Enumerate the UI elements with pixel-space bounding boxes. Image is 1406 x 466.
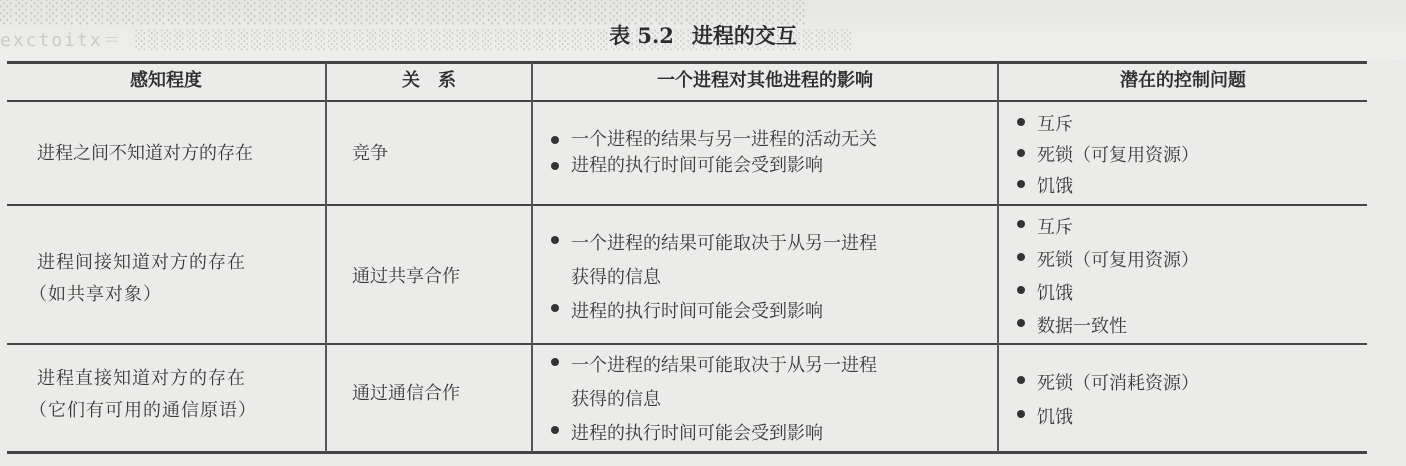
list-item: 进程的执行时间可能会受到影响 <box>547 153 992 179</box>
list-item: 进程的执行时间可能会受到影响 <box>547 417 992 451</box>
table-row-2-influence: 一个进程的结果可能取决于从另一进程 获得的信息 进程的执行时间可能会受到影响 <box>547 227 992 329</box>
row-1-bottom-rule <box>7 204 1367 206</box>
awareness-text: 进程直接知道对方的存在 <box>37 363 322 395</box>
list-item: 饥饿 <box>1013 401 1363 435</box>
table-number: 表 5.2 <box>609 23 674 48</box>
table-row-2-problems: 互斥 死锁（可复用资源） 饥饿 数据一致性 <box>1013 211 1363 343</box>
list-item: 一个进程的结果可能取决于从另一进程 <box>547 349 992 383</box>
header-awareness: 感知程度 <box>7 68 325 94</box>
list-item: 一个进程的结果与另一进程的活动无关 <box>547 127 992 153</box>
column-divider-3 <box>997 63 999 452</box>
row-2-bottom-rule <box>7 343 1367 345</box>
column-divider-2 <box>531 63 533 452</box>
column-divider-1 <box>325 63 327 452</box>
table-row-3-relationship: 通过通信合作 <box>352 381 522 407</box>
table-bottom-rule <box>7 451 1367 454</box>
table-row-3-influence: 一个进程的结果可能取决于从另一进程 获得的信息 进程的执行时间可能会受到影响 <box>547 349 992 451</box>
list-item: 互斥 <box>1013 109 1363 140</box>
table-row-2-relationship: 通过共享合作 <box>352 264 522 290</box>
list-item: 互斥 <box>1013 211 1363 244</box>
table-row-1-relationship: 竞争 <box>352 141 522 167</box>
list-item: 死锁（可复用资源） <box>1013 244 1363 277</box>
table-row-1-influence: 一个进程的结果与另一进程的活动无关 进程的执行时间可能会受到影响 <box>547 127 992 179</box>
table-row-1-awareness: 进程之间不知道对方的存在 <box>37 141 322 167</box>
list-item-continuation: 获得的信息 <box>547 383 992 417</box>
list-item: 饥饿 <box>1013 171 1363 202</box>
header-influence: 一个进程对其他进程的影响 <box>533 68 997 94</box>
awareness-note: （如共享对象） <box>29 279 322 311</box>
header-control-problems: 潜在的控制问题 <box>999 68 1367 94</box>
table-caption: 表 5.2进程的交互 <box>0 20 1406 50</box>
list-item: 死锁（可消耗资源） <box>1013 367 1363 401</box>
table-row-1-problems: 互斥 死锁（可复用资源） 饥饿 <box>1013 109 1363 202</box>
awareness-text: 进程之间不知道对方的存在 <box>37 141 322 167</box>
table-top-rule <box>7 61 1367 64</box>
process-interaction-table: 感知程度 关 系 一个进程对其他进程的影响 潜在的控制问题 进程之间不知道对方的… <box>7 61 1367 454</box>
table-row-3-awareness: 进程直接知道对方的存在 （它们有可用的通信原语） <box>37 363 322 427</box>
header-relationship: 关 系 <box>327 68 531 94</box>
list-item: 死锁（可复用资源） <box>1013 140 1363 171</box>
awareness-text: 进程间接知道对方的存在 <box>37 247 322 279</box>
list-item-continuation: 获得的信息 <box>547 261 992 295</box>
list-item: 一个进程的结果可能取决于从另一进程 <box>547 227 992 261</box>
list-item: 进程的执行时间可能会受到影响 <box>547 295 992 329</box>
list-item: 饥饿 <box>1013 277 1363 310</box>
header-bottom-rule <box>7 100 1367 102</box>
table-title: 进程的交互 <box>692 23 797 48</box>
table-row-3-problems: 死锁（可消耗资源） 饥饿 <box>1013 367 1363 435</box>
list-item: 数据一致性 <box>1013 310 1363 343</box>
table-row-2-awareness: 进程间接知道对方的存在 （如共享对象） <box>37 247 322 311</box>
awareness-note: （它们有可用的通信原语） <box>29 395 322 427</box>
